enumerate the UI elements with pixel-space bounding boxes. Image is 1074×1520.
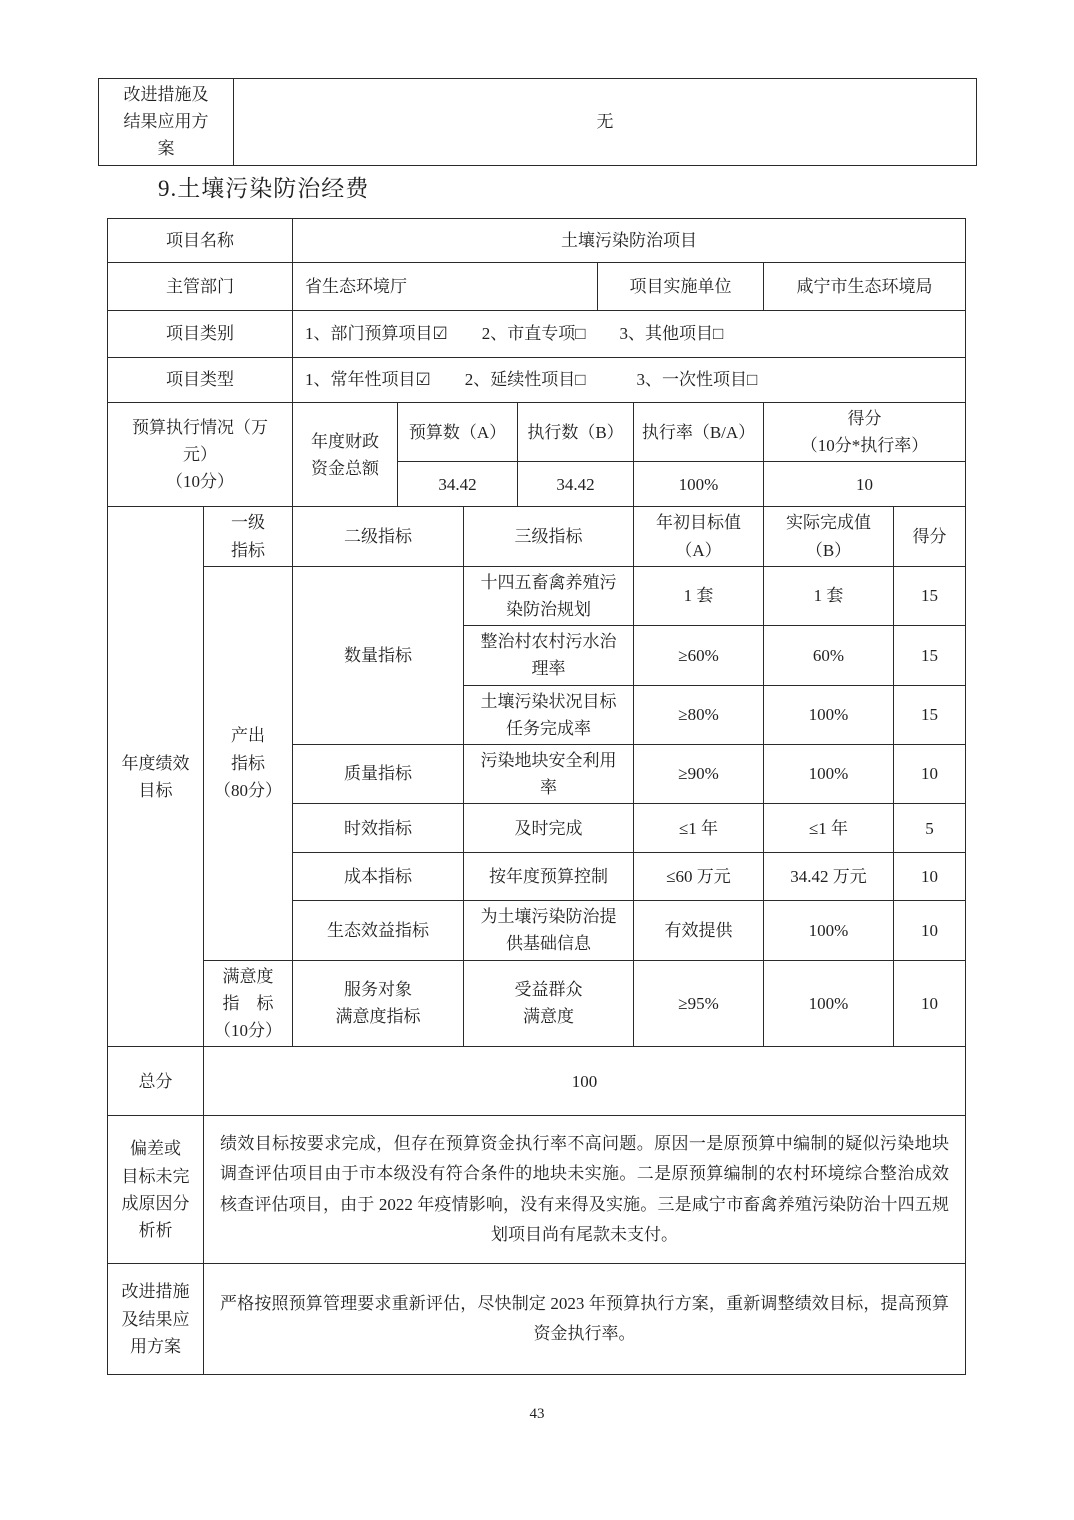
budget-score-value: 10 xyxy=(764,462,966,507)
level3-header: 三级指标 xyxy=(464,507,634,566)
indicator-target: ≤1 年 xyxy=(634,804,764,853)
indicator-l3: 十四五畜禽养殖污 染防治规划 xyxy=(464,566,634,625)
table-row: 项目名称 土壤污染防治项目 xyxy=(108,219,966,263)
indicator-actual: 100% xyxy=(764,744,894,803)
impl-unit-value: 咸宁市生态环境局 xyxy=(764,263,966,311)
impl-unit-label: 项目实施单位 xyxy=(598,263,764,311)
indicator-target: 有效提供 xyxy=(634,901,764,960)
budget-a-value: 34.42 xyxy=(398,462,518,507)
table-row: 总分 100 xyxy=(108,1047,966,1116)
deviation-label: 偏差或 目标未完 成原因分 析析 xyxy=(108,1116,204,1264)
project-name-value: 土壤污染防治项目 xyxy=(293,219,966,263)
quantity-indicator-label: 数量指标 xyxy=(293,566,464,744)
table-row: 偏差或 目标未完 成原因分 析析 绩效目标按要求完成，但存在预算资金执行率不高问… xyxy=(108,1116,966,1264)
eco-benefit-indicator-label: 生态效益指标 xyxy=(293,901,464,960)
quality-indicator-label: 质量指标 xyxy=(293,744,464,803)
prev-improvement-label: 改进措施及 结果应用方 案 xyxy=(99,79,234,166)
project-evaluation-table: 项目名称 土壤污染防治项目 主管部门 省生态环境厅 项目实施单位 咸宁市生态环境… xyxy=(107,218,966,1375)
indicator-target: ≤60 万元 xyxy=(634,853,764,901)
indicator-actual: 34.42 万元 xyxy=(764,853,894,901)
indicator-actual: 60% xyxy=(764,626,894,685)
table-row: 满意度 指 标 （10分） 服务对象 满意度指标 受益群众 满意度 ≥95% 1… xyxy=(108,960,966,1047)
satisfaction-indicator-label: 满意度 指 标 （10分） xyxy=(204,960,293,1047)
indicator-target: ≥90% xyxy=(634,744,764,803)
section-heading: 9.土壤污染防治经费 xyxy=(158,170,369,203)
output-indicator-label: 产出 指标 （80分） xyxy=(204,566,293,960)
total-score-value: 100 xyxy=(204,1047,966,1116)
page-number: 43 xyxy=(0,1406,1074,1423)
indicator-target: ≥95% xyxy=(634,960,764,1047)
indicator-score: 10 xyxy=(894,744,966,803)
prev-improvement-value: 无 xyxy=(234,79,977,166)
indicator-score: 10 xyxy=(894,901,966,960)
table-row: 年度绩效 目标 一级 指标 二级指标 三级指标 年初目标值 （A） 实际完成值 … xyxy=(108,507,966,566)
table-row: 改进措施 及结果应 用方案 严格按照预算管理要求重新评估，尽快制定 2023 年… xyxy=(108,1264,966,1375)
indicator-l3: 整治村农村污水治 理率 xyxy=(464,626,634,685)
indicator-l3: 为土壤污染防治提 供基础信息 xyxy=(464,901,634,960)
indicator-score: 5 xyxy=(894,804,966,853)
score-col-header: 得分 xyxy=(894,507,966,566)
target-header: 年初目标值 （A） xyxy=(634,507,764,566)
indicator-actual: 1 套 xyxy=(764,566,894,625)
indicator-actual: 100% xyxy=(764,685,894,744)
indicator-actual: 100% xyxy=(764,901,894,960)
indicator-l3: 土壤污染状况目标 任务完成率 xyxy=(464,685,634,744)
deviation-analysis-text: 绩效目标按要求完成，但存在预算资金执行率不高问题。原因一是原预算中编制的疑似污染… xyxy=(204,1116,966,1264)
service-target-label: 服务对象 满意度指标 xyxy=(293,960,464,1047)
exec-b-value: 34.42 xyxy=(518,462,634,507)
level2-header: 二级指标 xyxy=(293,507,464,566)
indicator-l3: 受益群众 满意度 xyxy=(464,960,634,1047)
indicator-actual: 100% xyxy=(764,960,894,1047)
table-row: 项目类型 1、常年性项目☑ 2、延续性项目□ 3、一次性项目□ xyxy=(108,358,966,403)
budget-exec-label: 预算执行情况（万 元） （10分） xyxy=(108,403,293,507)
indicator-target: ≥80% xyxy=(634,685,764,744)
budget-a-header: 预算数（A） xyxy=(398,403,518,462)
indicator-l3: 按年度预算控制 xyxy=(464,853,634,901)
dept-label: 主管部门 xyxy=(108,263,293,311)
indicator-score: 15 xyxy=(894,685,966,744)
previous-section-table: 改进措施及 结果应用方 案 无 xyxy=(98,78,977,166)
document-page: 改进措施及 结果应用方 案 无 9.土壤污染防治经费 项目名称 土壤污染防治项目… xyxy=(0,0,1074,1520)
indicator-score: 10 xyxy=(894,853,966,901)
indicator-target: ≥60% xyxy=(634,626,764,685)
table-row: 主管部门 省生态环境厅 项目实施单位 咸宁市生态环境局 xyxy=(108,263,966,311)
indicator-score: 15 xyxy=(894,566,966,625)
indicator-score: 10 xyxy=(894,960,966,1047)
improvement-plan-text: 严格按照预算管理要求重新评估，尽快制定 2023 年预算执行方案，重新调整绩效目… xyxy=(204,1264,966,1375)
indicator-target: 1 套 xyxy=(634,566,764,625)
table-row: 产出 指标 （80分） 数量指标 十四五畜禽养殖污 染防治规划 1 套 1 套 … xyxy=(108,566,966,625)
table-row: 项目类别 1、部门预算项目☑ 2、市直专项□ 3、其他项目□ xyxy=(108,311,966,358)
cost-indicator-label: 成本指标 xyxy=(293,853,464,901)
annual-performance-label: 年度绩效 目标 xyxy=(108,507,204,1047)
level1-header: 一级 指标 xyxy=(204,507,293,566)
annual-fund-label: 年度财政 资金总额 xyxy=(293,403,398,507)
indicator-l3: 污染地块安全利用 率 xyxy=(464,744,634,803)
indicator-actual: ≤1 年 xyxy=(764,804,894,853)
type-checkboxes: 1、常年性项目☑ 2、延续性项目□ 3、一次性项目□ xyxy=(293,358,966,403)
table-row: 预算执行情况（万 元） （10分） 年度财政 资金总额 预算数（A） 执行数（B… xyxy=(108,403,966,462)
exec-b-header: 执行数（B） xyxy=(518,403,634,462)
timeliness-indicator-label: 时效指标 xyxy=(293,804,464,853)
project-name-label: 项目名称 xyxy=(108,219,293,263)
indicator-l3: 及时完成 xyxy=(464,804,634,853)
indicator-score: 15 xyxy=(894,626,966,685)
actual-header: 实际完成值 （B） xyxy=(764,507,894,566)
category-label: 项目类别 xyxy=(108,311,293,358)
improvement-label: 改进措施 及结果应 用方案 xyxy=(108,1264,204,1375)
score-header: 得分 （10分*执行率） xyxy=(764,403,966,462)
category-checkboxes: 1、部门预算项目☑ 2、市直专项□ 3、其他项目□ xyxy=(293,311,966,358)
rate-header: 执行率（B/A） xyxy=(634,403,764,462)
type-label: 项目类型 xyxy=(108,358,293,403)
dept-value: 省生态环境厅 xyxy=(293,263,598,311)
total-score-label: 总分 xyxy=(108,1047,204,1116)
rate-value: 100% xyxy=(634,462,764,507)
